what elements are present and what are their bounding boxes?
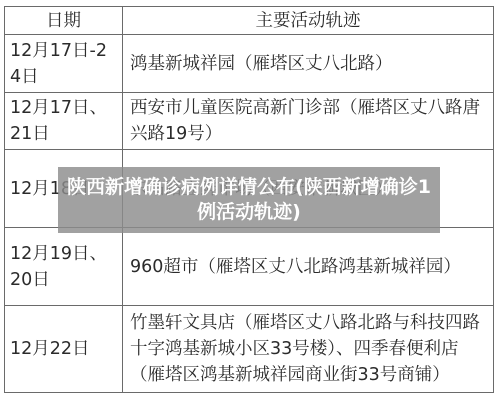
table-row: 12月17日-24日 鸿基新城祥园（雁塔区丈八北路） [5, 35, 494, 93]
title-overlay: 陕西新增确诊病例详情公布(陕西新增确诊1例活动轨迹) [58, 167, 440, 233]
row-place: 960超市（雁塔区丈八北路鸿基新城祥园） [123, 228, 494, 306]
row-place: 鸿基新城祥园（雁塔区丈八北路） [123, 35, 494, 93]
row-date: 12月22日 [5, 306, 123, 393]
row-date: 12月17日、21日 [5, 93, 123, 150]
table-row: 12月17日、21日 西安市儿童医院高新门诊部（雁塔区丈八路唐兴路19号） [5, 93, 494, 150]
header-track: 主要活动轨迹 [123, 7, 494, 35]
table-row: 12月19日、20日 960超市（雁塔区丈八北路鸿基新城祥园） [5, 228, 494, 306]
row-place: 竹墨轩文具店（雁塔区丈八路北路与科技四路十字鸿基新城小区33号楼）、四季春便利店… [123, 306, 494, 393]
row-place: 西安市儿童医院高新门诊部（雁塔区丈八路唐兴路19号） [123, 93, 494, 150]
table-row: 12月22日 竹墨轩文具店（雁塔区丈八路北路与科技四路十字鸿基新城小区33号楼）… [5, 306, 494, 393]
header-date: 日期 [5, 7, 123, 35]
table-header-row: 日期 主要活动轨迹 [5, 7, 494, 35]
row-date: 12月17日-24日 [5, 35, 123, 93]
row-date: 12月19日、20日 [5, 228, 123, 306]
